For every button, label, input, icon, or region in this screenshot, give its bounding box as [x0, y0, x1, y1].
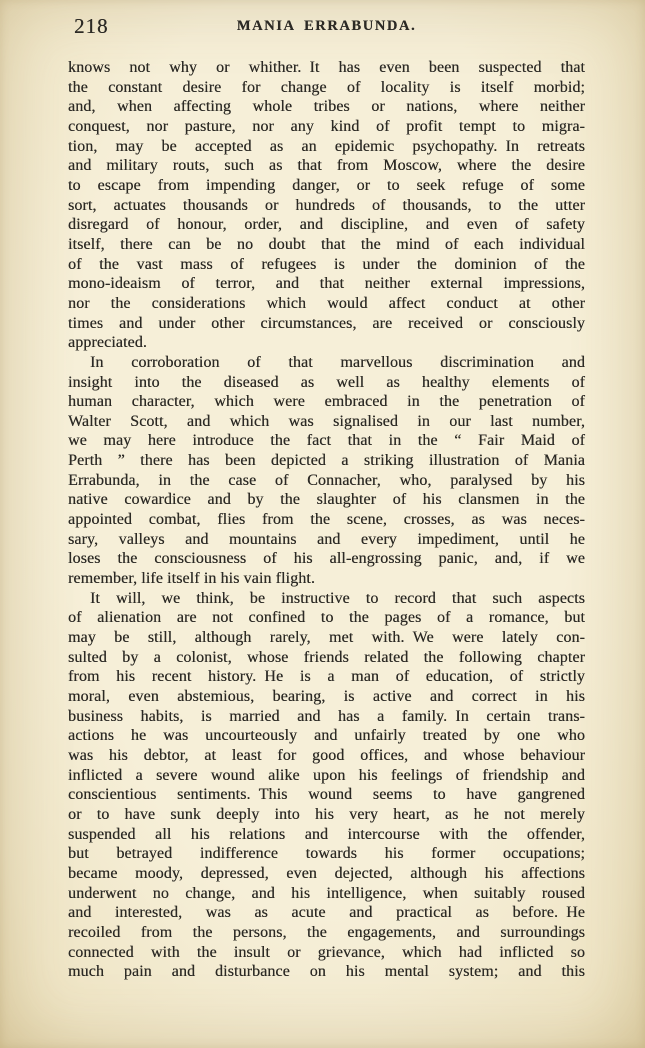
text-block: knows not why or whither. It has even be…	[68, 58, 585, 982]
text-line: but betrayed indifference towards his fo…	[68, 844, 585, 864]
text-line: inflicted a severe wound alike upon his …	[68, 766, 585, 786]
text-line: Walter Scott, and which was signalised i…	[68, 412, 585, 432]
text-line: nor the considerations which would affec…	[68, 294, 585, 314]
text-line: conquest, nor pasture, nor any kind of p…	[68, 117, 585, 137]
text-line: loses the consciousness of his all-engro…	[68, 549, 585, 569]
text-line: sary, valleys and mountains and every im…	[68, 530, 585, 550]
paragraph: It will, we think, be instructive to rec…	[68, 589, 585, 982]
text-line: human character, which were embraced in …	[68, 392, 585, 412]
paragraph: knows not why or whither. It has even be…	[68, 58, 585, 353]
text-line: business habits, is married and has a fa…	[68, 707, 585, 727]
paragraph: In corroboration of that marvellous disc…	[68, 353, 585, 589]
text-line: times and under other circumstances, are…	[68, 314, 585, 334]
text-line: native cowardice and by the slaughter of…	[68, 490, 585, 510]
text-line: much pain and disturbance on his mental …	[68, 962, 585, 982]
text-line: was his debtor, at least for good office…	[68, 746, 585, 766]
text-line: we may here introduce the fact that in t…	[68, 431, 585, 451]
text-line: became moody, depressed, even dejected, …	[68, 864, 585, 884]
text-line: of alienation are not confined to the pa…	[68, 608, 585, 628]
text-line: remember, life itself in his vain flight…	[68, 569, 585, 589]
text-line: and military routs, such as that from Mo…	[68, 156, 585, 176]
text-line: may be still, although rarely, met with.…	[68, 628, 585, 648]
text-line: conscientious sentiments. This wound see…	[68, 785, 585, 805]
text-line: Perth ” there has been depicted a striki…	[68, 451, 585, 471]
text-line: appreciated.	[68, 333, 585, 353]
text-line: recoiled from the persons, the engagemen…	[68, 923, 585, 943]
text-line: appointed combat, flies from the scene, …	[68, 510, 585, 530]
text-line: insight into the diseased as well as hea…	[68, 373, 585, 393]
text-line: itself, there can be no doubt that the m…	[68, 235, 585, 255]
text-line: Errabunda, in the case of Connacher, who…	[68, 471, 585, 491]
text-line: to escape from impending danger, or to s…	[68, 176, 585, 196]
text-line: suspended all his relations and intercou…	[68, 825, 585, 845]
running-title: MANIA ERRABUNDA.	[68, 18, 585, 35]
text-line: disregard of honour, order, and discipli…	[68, 215, 585, 235]
text-line: from his recent history. He is a man of …	[68, 667, 585, 687]
text-line: sulted by a colonist, whose friends rela…	[68, 648, 585, 668]
text-line: tion, may be accepted as an epidemic psy…	[68, 137, 585, 157]
text-line: of the vast mass of refugees is under th…	[68, 255, 585, 275]
text-line: knows not why or whither. It has even be…	[68, 58, 585, 78]
text-line: or to have sunk deeply into his very hea…	[68, 805, 585, 825]
text-line: sort, actuates thousands or hundreds of …	[68, 196, 585, 216]
text-line: and interested, was as acute and practic…	[68, 903, 585, 923]
text-line: mono-ideaism of terror, and that neither…	[68, 274, 585, 294]
text-line: moral, even abstemious, bearing, is acti…	[68, 687, 585, 707]
text-line: actions he was uncourteously and unfairl…	[68, 726, 585, 746]
text-line: It will, we think, be instructive to rec…	[68, 589, 585, 609]
text-line: and, when affecting whole tribes or nati…	[68, 97, 585, 117]
text-line: connected with the insult or grievance, …	[68, 943, 585, 963]
book-page-scan: 218 MANIA ERRABUNDA. knows not why or wh…	[0, 0, 645, 1048]
text-line: In corroboration of that marvellous disc…	[68, 353, 585, 373]
page-header: 218 MANIA ERRABUNDA.	[68, 14, 585, 40]
text-line: the constant desire for change of locali…	[68, 78, 585, 98]
text-line: underwent no change, and his intelligenc…	[68, 884, 585, 904]
